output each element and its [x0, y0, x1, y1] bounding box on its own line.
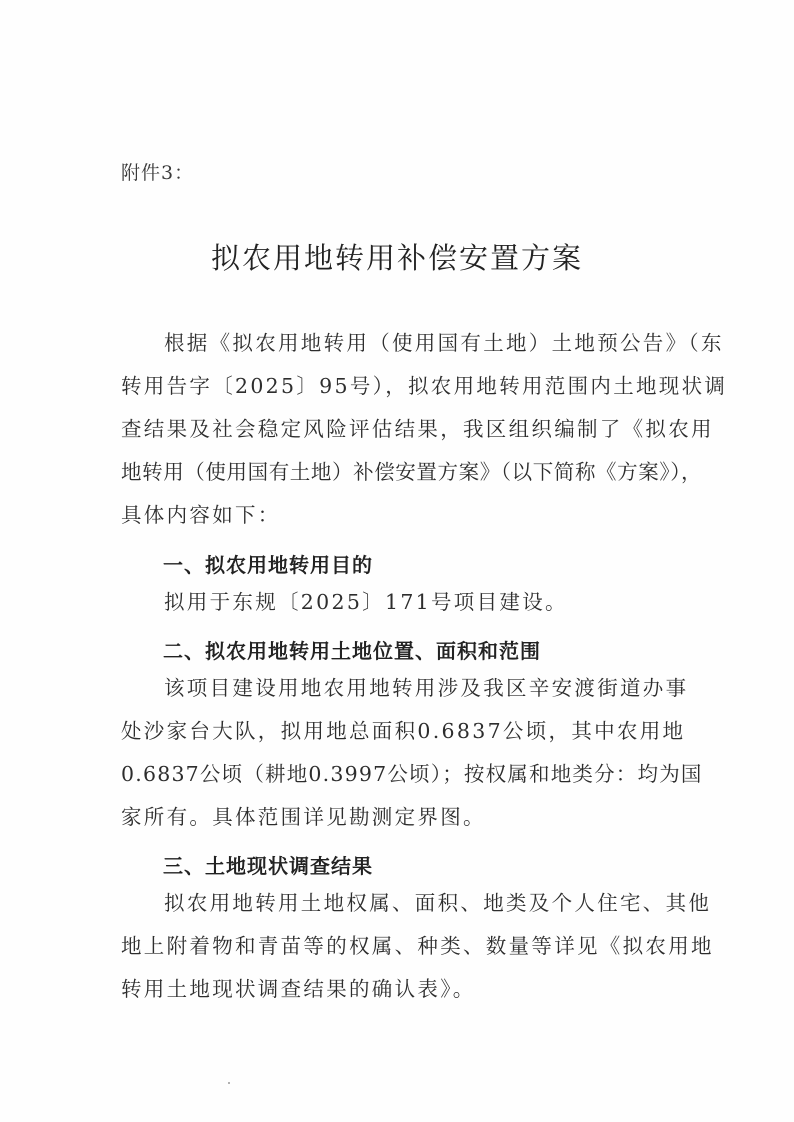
- section-line: 地上附着物和青苗等的权属、种类、数量等详见《拟农用地: [121, 936, 691, 957]
- intro-line: 查结果及社会稳定风险评估结果，我区组织编制了《拟农用: [121, 419, 691, 440]
- scan-speck: [228, 1082, 230, 1084]
- section-heading-survey: 三、土地现状调查结果: [163, 850, 373, 879]
- section-line: 0.6837公顷（耕地0.3997公顷）；按权属和地类分：均为国: [121, 764, 691, 785]
- section-heading-purpose: 一、拟农用地转用目的: [163, 549, 373, 578]
- section-heading-location: 二、拟农用地转用土地位置、面积和范围: [163, 635, 541, 664]
- section-line: 转用土地现状调查结果的确认表》。: [121, 979, 691, 1000]
- intro-line: 转用告字〔2025〕95号），拟农用地转用范围内土地现状调: [121, 376, 691, 397]
- document-title: 拟农用地转用补偿安置方案: [0, 236, 794, 277]
- section-line: 拟用于东规〔2025〕171号项目建设。: [164, 592, 734, 613]
- intro-line: 根据《拟农用地转用（使用国有土地）土地预公告》（东: [164, 333, 734, 354]
- document-page: 附件3： 拟农用地转用补偿安置方案 根据《拟农用地转用（使用国有土地）土地预公告…: [0, 0, 794, 1122]
- section-line: 处沙家台大队，拟用地总面积0.6837公顷，其中农用地: [121, 721, 691, 742]
- section-line: 拟农用地转用土地权属、面积、地类及个人住宅、其他: [164, 893, 734, 914]
- section-line: 该项目建设用地农用地转用涉及我区辛安渡街道办事: [164, 678, 734, 699]
- intro-line: 具体内容如下：: [121, 505, 691, 526]
- attachment-label: 附件3：: [121, 158, 194, 185]
- section-line: 家所有。具体范围详见勘测定界图。: [121, 807, 691, 828]
- intro-line: 地转用（使用国有土地）补偿安置方案》（以下简称《方案》），: [121, 462, 691, 483]
